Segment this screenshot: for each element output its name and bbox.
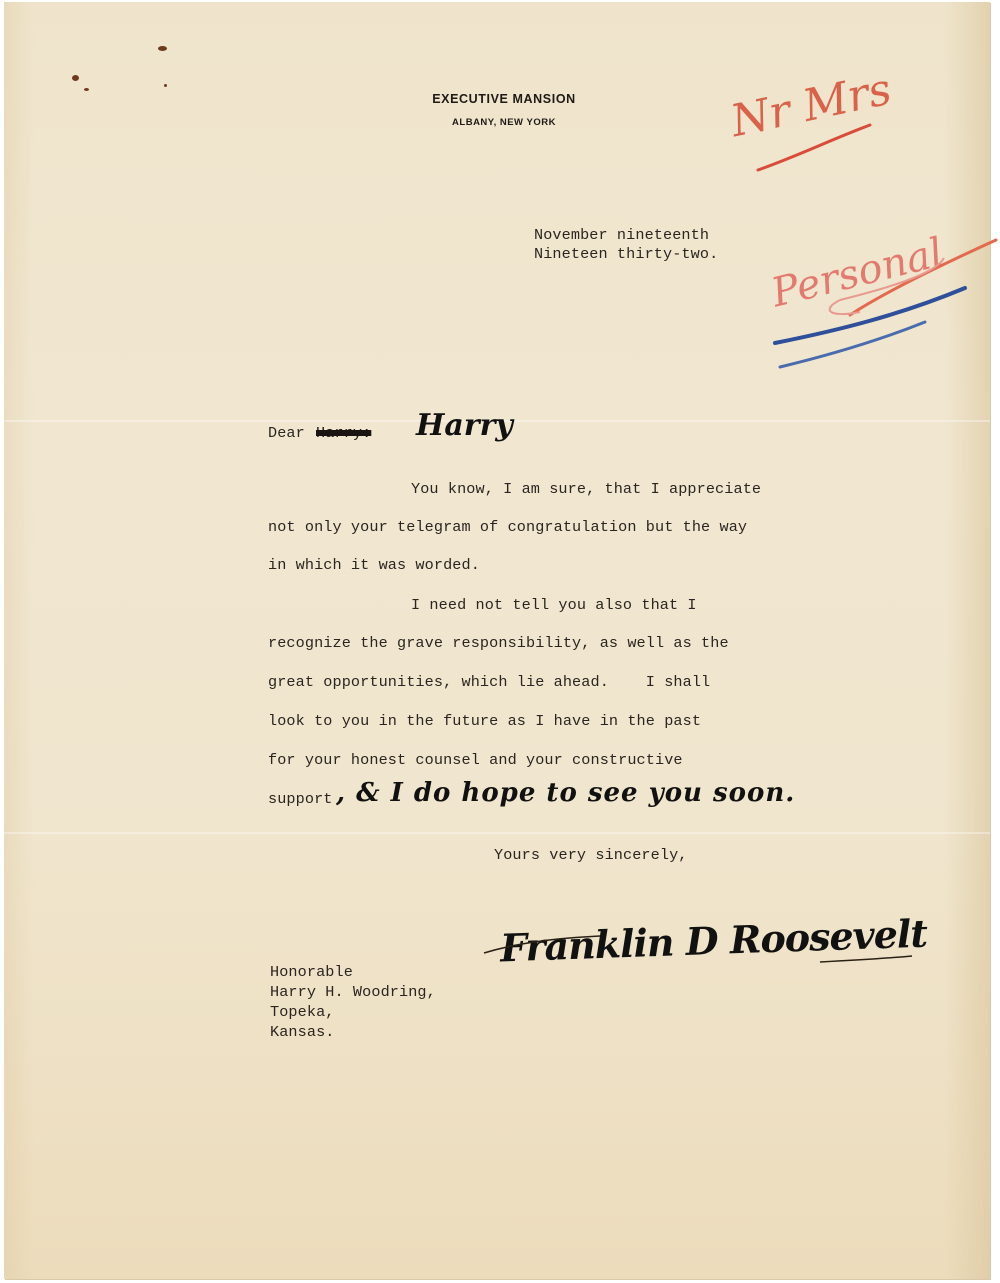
recipient-line: Honorable	[270, 963, 353, 981]
recipient-line: Topeka,	[270, 1003, 335, 1021]
recipient-line: Kansas.	[270, 1023, 335, 1041]
recipient-line: Harry H. Woodring,	[270, 983, 436, 1001]
signature-flourish	[0, 0, 1000, 1283]
